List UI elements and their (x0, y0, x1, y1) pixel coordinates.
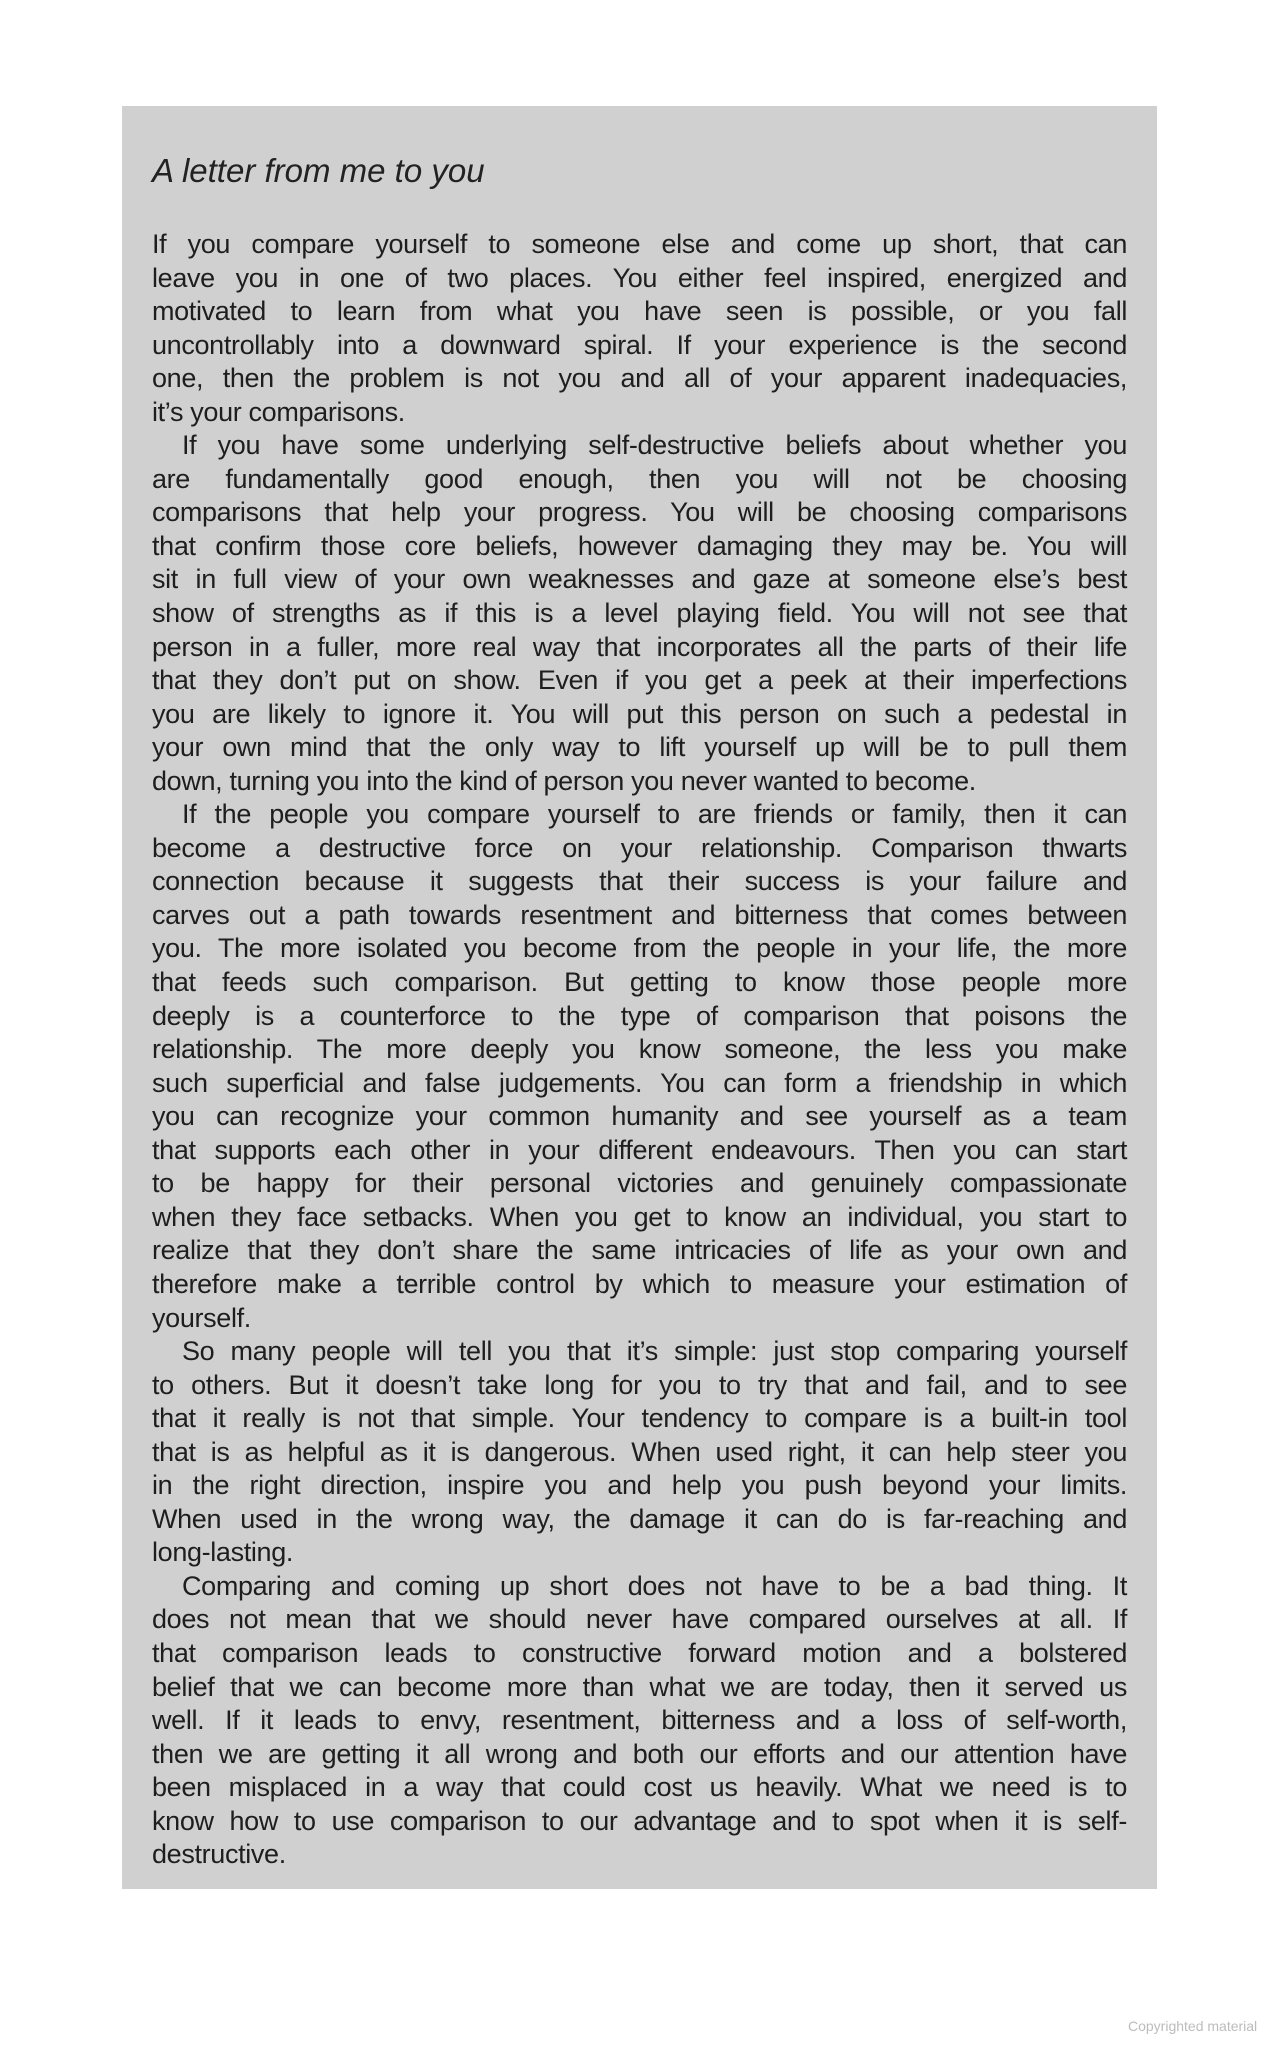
paragraph: If you have some underlying self-destruc… (152, 429, 1127, 798)
text-line: one, then the problem is not you and all… (152, 362, 1127, 396)
text-line: Comparing and coming up short does not h… (152, 1570, 1127, 1604)
text-line: belief that we can become more than what… (152, 1671, 1127, 1705)
text-line: motivated to learn from what you have se… (152, 295, 1127, 329)
text-line: sit in full view of your own weaknesses … (152, 563, 1127, 597)
text-line: that confirm those core beliefs, however… (152, 530, 1127, 564)
text-line: you can recognize your common humanity a… (152, 1100, 1127, 1134)
text-line: connection because it suggests that thei… (152, 865, 1127, 899)
text-line: to others. But it doesn’t take long for … (152, 1369, 1127, 1403)
text-line: when they face setbacks. When you get to… (152, 1201, 1127, 1235)
text-line: If you compare yourself to someone else … (152, 228, 1127, 262)
text-line: you. The more isolated you become from t… (152, 932, 1127, 966)
text-line: to be happy for their personal victories… (152, 1167, 1127, 1201)
text-line: well. If it leads to envy, resentment, b… (152, 1704, 1127, 1738)
text-line: If you have some underlying self-destruc… (152, 429, 1127, 463)
letter-title: A letter from me to you (152, 152, 485, 190)
text-line: therefore make a terrible control by whi… (152, 1268, 1127, 1302)
text-line: down, turning you into the kind of perso… (152, 765, 1127, 799)
text-line: comparisons that help your progress. You… (152, 496, 1127, 530)
text-line: If the people you compare yourself to ar… (152, 798, 1127, 832)
text-line: person in a fuller, more real way that i… (152, 631, 1127, 665)
text-line: that they don’t put on show. Even if you… (152, 664, 1127, 698)
text-line: in the right direction, inspire you and … (152, 1469, 1127, 1503)
text-line: So many people will tell you that it’s s… (152, 1335, 1127, 1369)
text-line: uncontrollably into a downward spiral. I… (152, 329, 1127, 363)
text-line: that feeds such comparison. But getting … (152, 966, 1127, 1000)
text-line: that it really is not that simple. Your … (152, 1402, 1127, 1436)
text-line: does not mean that we should never have … (152, 1603, 1127, 1637)
text-line: long-lasting. (152, 1536, 1127, 1570)
text-line: such superficial and false judgements. Y… (152, 1067, 1127, 1101)
text-line: carves out a path towards resentment and… (152, 899, 1127, 933)
paragraph: So many people will tell you that it’s s… (152, 1335, 1127, 1570)
text-line: deeply is a counterforce to the type of … (152, 1000, 1127, 1034)
text-line: When used in the wrong way, the damage i… (152, 1503, 1127, 1537)
text-line: destructive. (152, 1838, 1127, 1872)
letter-box: A letter from me to you If you compare y… (122, 106, 1157, 1889)
text-line: then we are getting it all wrong and bot… (152, 1738, 1127, 1772)
text-line: that is as helpful as it is dangerous. W… (152, 1436, 1127, 1470)
text-line: yourself. (152, 1302, 1127, 1336)
paragraph: If you compare yourself to someone else … (152, 228, 1127, 429)
text-line: it’s your comparisons. (152, 396, 1127, 430)
text-line: know how to use comparison to our advant… (152, 1805, 1127, 1839)
copyright-notice: Copyrighted material (1128, 2018, 1257, 2034)
text-line: relationship. The more deeply you know s… (152, 1033, 1127, 1067)
text-line: leave you in one of two places. You eith… (152, 262, 1127, 296)
text-line: that supports each other in your differe… (152, 1134, 1127, 1168)
text-line: you are likely to ignore it. You will pu… (152, 698, 1127, 732)
text-line: become a destructive force on your relat… (152, 832, 1127, 866)
letter-body: If you compare yourself to someone else … (152, 228, 1127, 1872)
text-line: show of strengths as if this is a level … (152, 597, 1127, 631)
text-line: realize that they don’t share the same i… (152, 1234, 1127, 1268)
text-line: been misplaced in a way that could cost … (152, 1771, 1127, 1805)
paragraph: If the people you compare yourself to ar… (152, 798, 1127, 1335)
paragraph: Comparing and coming up short does not h… (152, 1570, 1127, 1872)
text-line: your own mind that the only way to lift … (152, 731, 1127, 765)
text-line: that comparison leads to constructive fo… (152, 1637, 1127, 1671)
text-line: are fundamentally good enough, then you … (152, 463, 1127, 497)
